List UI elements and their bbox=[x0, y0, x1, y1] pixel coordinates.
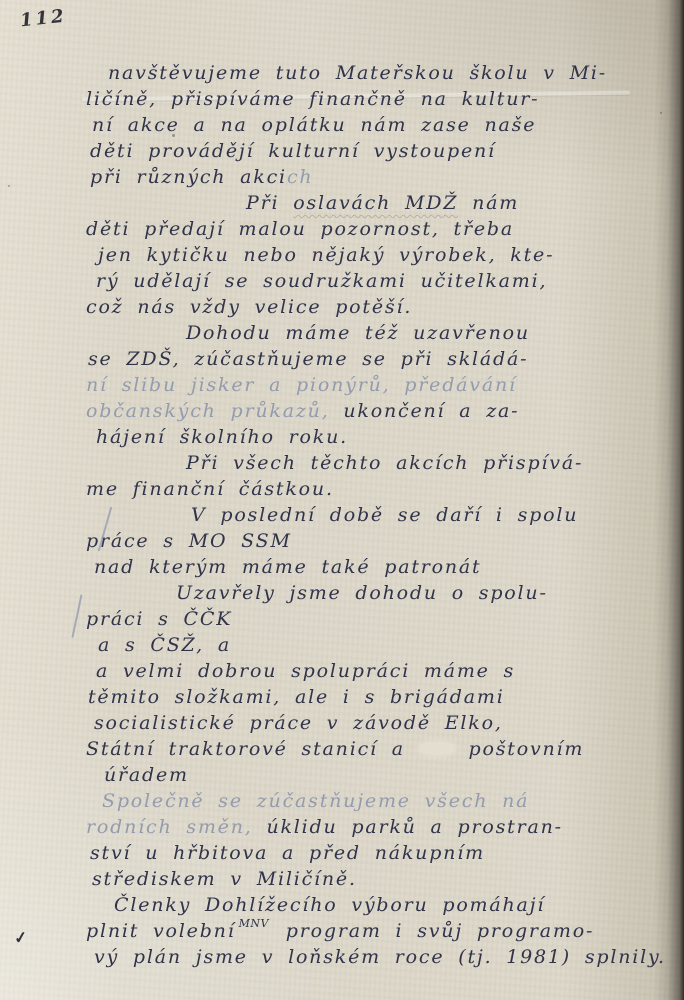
text-segment: Uzavřely jsme dohodu o spolu- bbox=[176, 582, 548, 604]
handwritten-line: střediskem v Miličíně. bbox=[86, 866, 672, 892]
handwritten-line: rý udělají se soudružkami učitelkami, bbox=[86, 268, 672, 294]
text-segment: a velmi dobrou spolupráci máme s bbox=[96, 660, 515, 682]
handwritten-line: těmito složkami, ale i s brigádami bbox=[86, 684, 672, 710]
handwritten-line: práce s MO SSM bbox=[86, 528, 672, 554]
text-segment: navštěvujeme tuto Mateřskou školu v Mi- bbox=[108, 62, 607, 84]
handwritten-line: Členky Dohlížecího výboru pomáhají bbox=[86, 892, 672, 918]
text-segment: V poslední době se daří i spolu bbox=[191, 504, 578, 526]
text-segment: Dohodu máme též uzavřenou bbox=[186, 322, 530, 344]
handwritten-line: Při oslavách MDŽ nám bbox=[86, 190, 672, 216]
text-segment: ní slibu jisker a pionýrů, předávání bbox=[86, 374, 517, 396]
handwritten-line: ství u hřbitova a před nákupním bbox=[86, 840, 672, 866]
handwritten-line: plnit volebníMNV program i svůj programo… bbox=[86, 918, 672, 944]
text-segment: úklidu parků a prostran- bbox=[253, 816, 563, 838]
text-segment: úřadem bbox=[104, 764, 189, 786]
handwritten-line: což nás vždy velice potěší. bbox=[86, 294, 672, 320]
handwritten-line: socialistické práce v závodě Elko, bbox=[86, 710, 672, 736]
handwritten-line: Při všech těchto akcích přispívá- bbox=[86, 450, 672, 476]
text-segment: ství u hřbitova a před nákupním bbox=[90, 842, 485, 864]
handwritten-line: me finanční částkou. bbox=[86, 476, 672, 502]
text-segment: poštovním bbox=[455, 738, 585, 760]
margin-checkmark: ✓ bbox=[13, 927, 29, 948]
handwritten-line: nad kterým máme také patronát bbox=[86, 554, 672, 580]
text-segment: Společně se zúčastňujeme všech ná bbox=[102, 790, 529, 812]
handwritten-text: navštěvujeme tuto Mateřskou školu v Mi-l… bbox=[86, 60, 672, 970]
text-segment: střediskem v Miličíně. bbox=[92, 868, 357, 890]
text-segment: těmito složkami, ale i s brigádami bbox=[88, 686, 505, 708]
text-segment: což nás vždy velice potěší. bbox=[86, 296, 412, 318]
handwritten-line: V poslední době se daří i spolu bbox=[86, 502, 672, 528]
scanned-notebook-page: 112 navštěvujeme tuto Mateřskou školu v … bbox=[0, 0, 684, 1000]
text-segment: rý udělají se soudružkami učitelkami, bbox=[96, 270, 547, 292]
text-segment: práci s ČČK bbox=[86, 608, 232, 630]
handwritten-line: úřadem bbox=[86, 762, 672, 788]
paper-speck bbox=[172, 134, 175, 137]
text-segment: občanských průkazů, bbox=[86, 400, 330, 422]
page-number: 112 bbox=[19, 6, 68, 32]
text-segment: me finanční částkou. bbox=[86, 478, 334, 500]
paper-speck bbox=[8, 185, 10, 187]
text-segment: oslavách MDŽ bbox=[293, 192, 458, 214]
handwritten-line: práci s ČČK bbox=[86, 606, 672, 632]
whiteout-smudge bbox=[419, 742, 455, 755]
text-segment: a s ČSŽ, a bbox=[98, 634, 231, 656]
handwritten-line: navštěvujeme tuto Mateřskou školu v Mi- bbox=[86, 60, 672, 86]
text-segment: hájení školního roku. bbox=[96, 426, 348, 448]
handwritten-line: Státní traktorové stanicí a poštovním bbox=[86, 736, 672, 762]
handwritten-line: děti předají malou pozornost, třeba bbox=[86, 216, 672, 242]
text-segment: Státní traktorové stanicí a bbox=[86, 738, 419, 760]
text-segment: Členky Dohlížecího výboru pomáhají bbox=[114, 894, 545, 916]
handwritten-line: a velmi dobrou spolupráci máme s bbox=[86, 658, 672, 684]
text-segment: ní akce a na oplátku nám zase naše bbox=[92, 114, 536, 136]
handwritten-line: vý plán jsme v loňském roce (tj. 1981) s… bbox=[86, 944, 672, 970]
text-segment: ličíně, přispíváme finančně na kultur- bbox=[86, 88, 539, 110]
handwritten-line: ličíně, přispíváme finančně na kultur- bbox=[86, 86, 672, 112]
text-segment: vý plán jsme v loňském roce (tj. 1981) s… bbox=[94, 946, 666, 968]
text-segment: jen kytičku nebo nějaký výrobek, kte- bbox=[98, 244, 554, 266]
handwritten-line: jen kytičku nebo nějaký výrobek, kte- bbox=[86, 242, 672, 268]
handwritten-line: hájení školního roku. bbox=[86, 424, 672, 450]
text-segment: Při všech těchto akcích přispívá- bbox=[186, 452, 583, 474]
handwritten-line: děti provádějí kulturní vystoupení bbox=[86, 138, 672, 164]
text-segment: rodních směn, bbox=[86, 816, 253, 838]
text-segment: nám bbox=[458, 192, 519, 214]
text-segment: socialistické práce v závodě Elko, bbox=[94, 712, 503, 734]
handwritten-line: se ZDŠ, zúčastňujeme se při skládá- bbox=[86, 346, 672, 372]
insertion-above-line: MNV bbox=[239, 917, 269, 930]
text-segment: při různých akci bbox=[90, 166, 287, 188]
stray-pen-stroke bbox=[71, 594, 82, 637]
text-segment: se ZDŠ, zúčastňujeme se při skládá- bbox=[88, 348, 528, 370]
paper-speck bbox=[660, 112, 662, 114]
text-segment: nad kterým máme také patronát bbox=[94, 556, 481, 578]
text-segment: program i svůj programo- bbox=[272, 920, 594, 942]
text-segment: ukončení a za- bbox=[330, 400, 520, 422]
handwritten-line: při různých akcich bbox=[86, 164, 672, 190]
text-segment: práce s MO SSM bbox=[86, 530, 292, 552]
handwritten-line: Uzavřely jsme dohodu o spolu- bbox=[86, 580, 672, 606]
handwritten-line: Dohodu máme též uzavřenou bbox=[86, 320, 672, 346]
text-segment: děti provádějí kulturní vystoupení bbox=[90, 140, 496, 162]
handwritten-line: Společně se zúčastňujeme všech ná bbox=[86, 788, 672, 814]
handwritten-line: rodních směn, úklidu parků a prostran- bbox=[86, 814, 672, 840]
text-segment: děti předají malou pozornost, třeba bbox=[86, 218, 514, 240]
handwritten-line: a s ČSŽ, a bbox=[86, 632, 672, 658]
text-segment: ch bbox=[287, 166, 313, 188]
handwritten-line: občanských průkazů, ukončení a za- bbox=[86, 398, 672, 424]
text-segment: Při bbox=[246, 192, 293, 214]
text-segment: plnit volební bbox=[86, 920, 236, 942]
handwritten-line: ní slibu jisker a pionýrů, předávání bbox=[86, 372, 672, 398]
